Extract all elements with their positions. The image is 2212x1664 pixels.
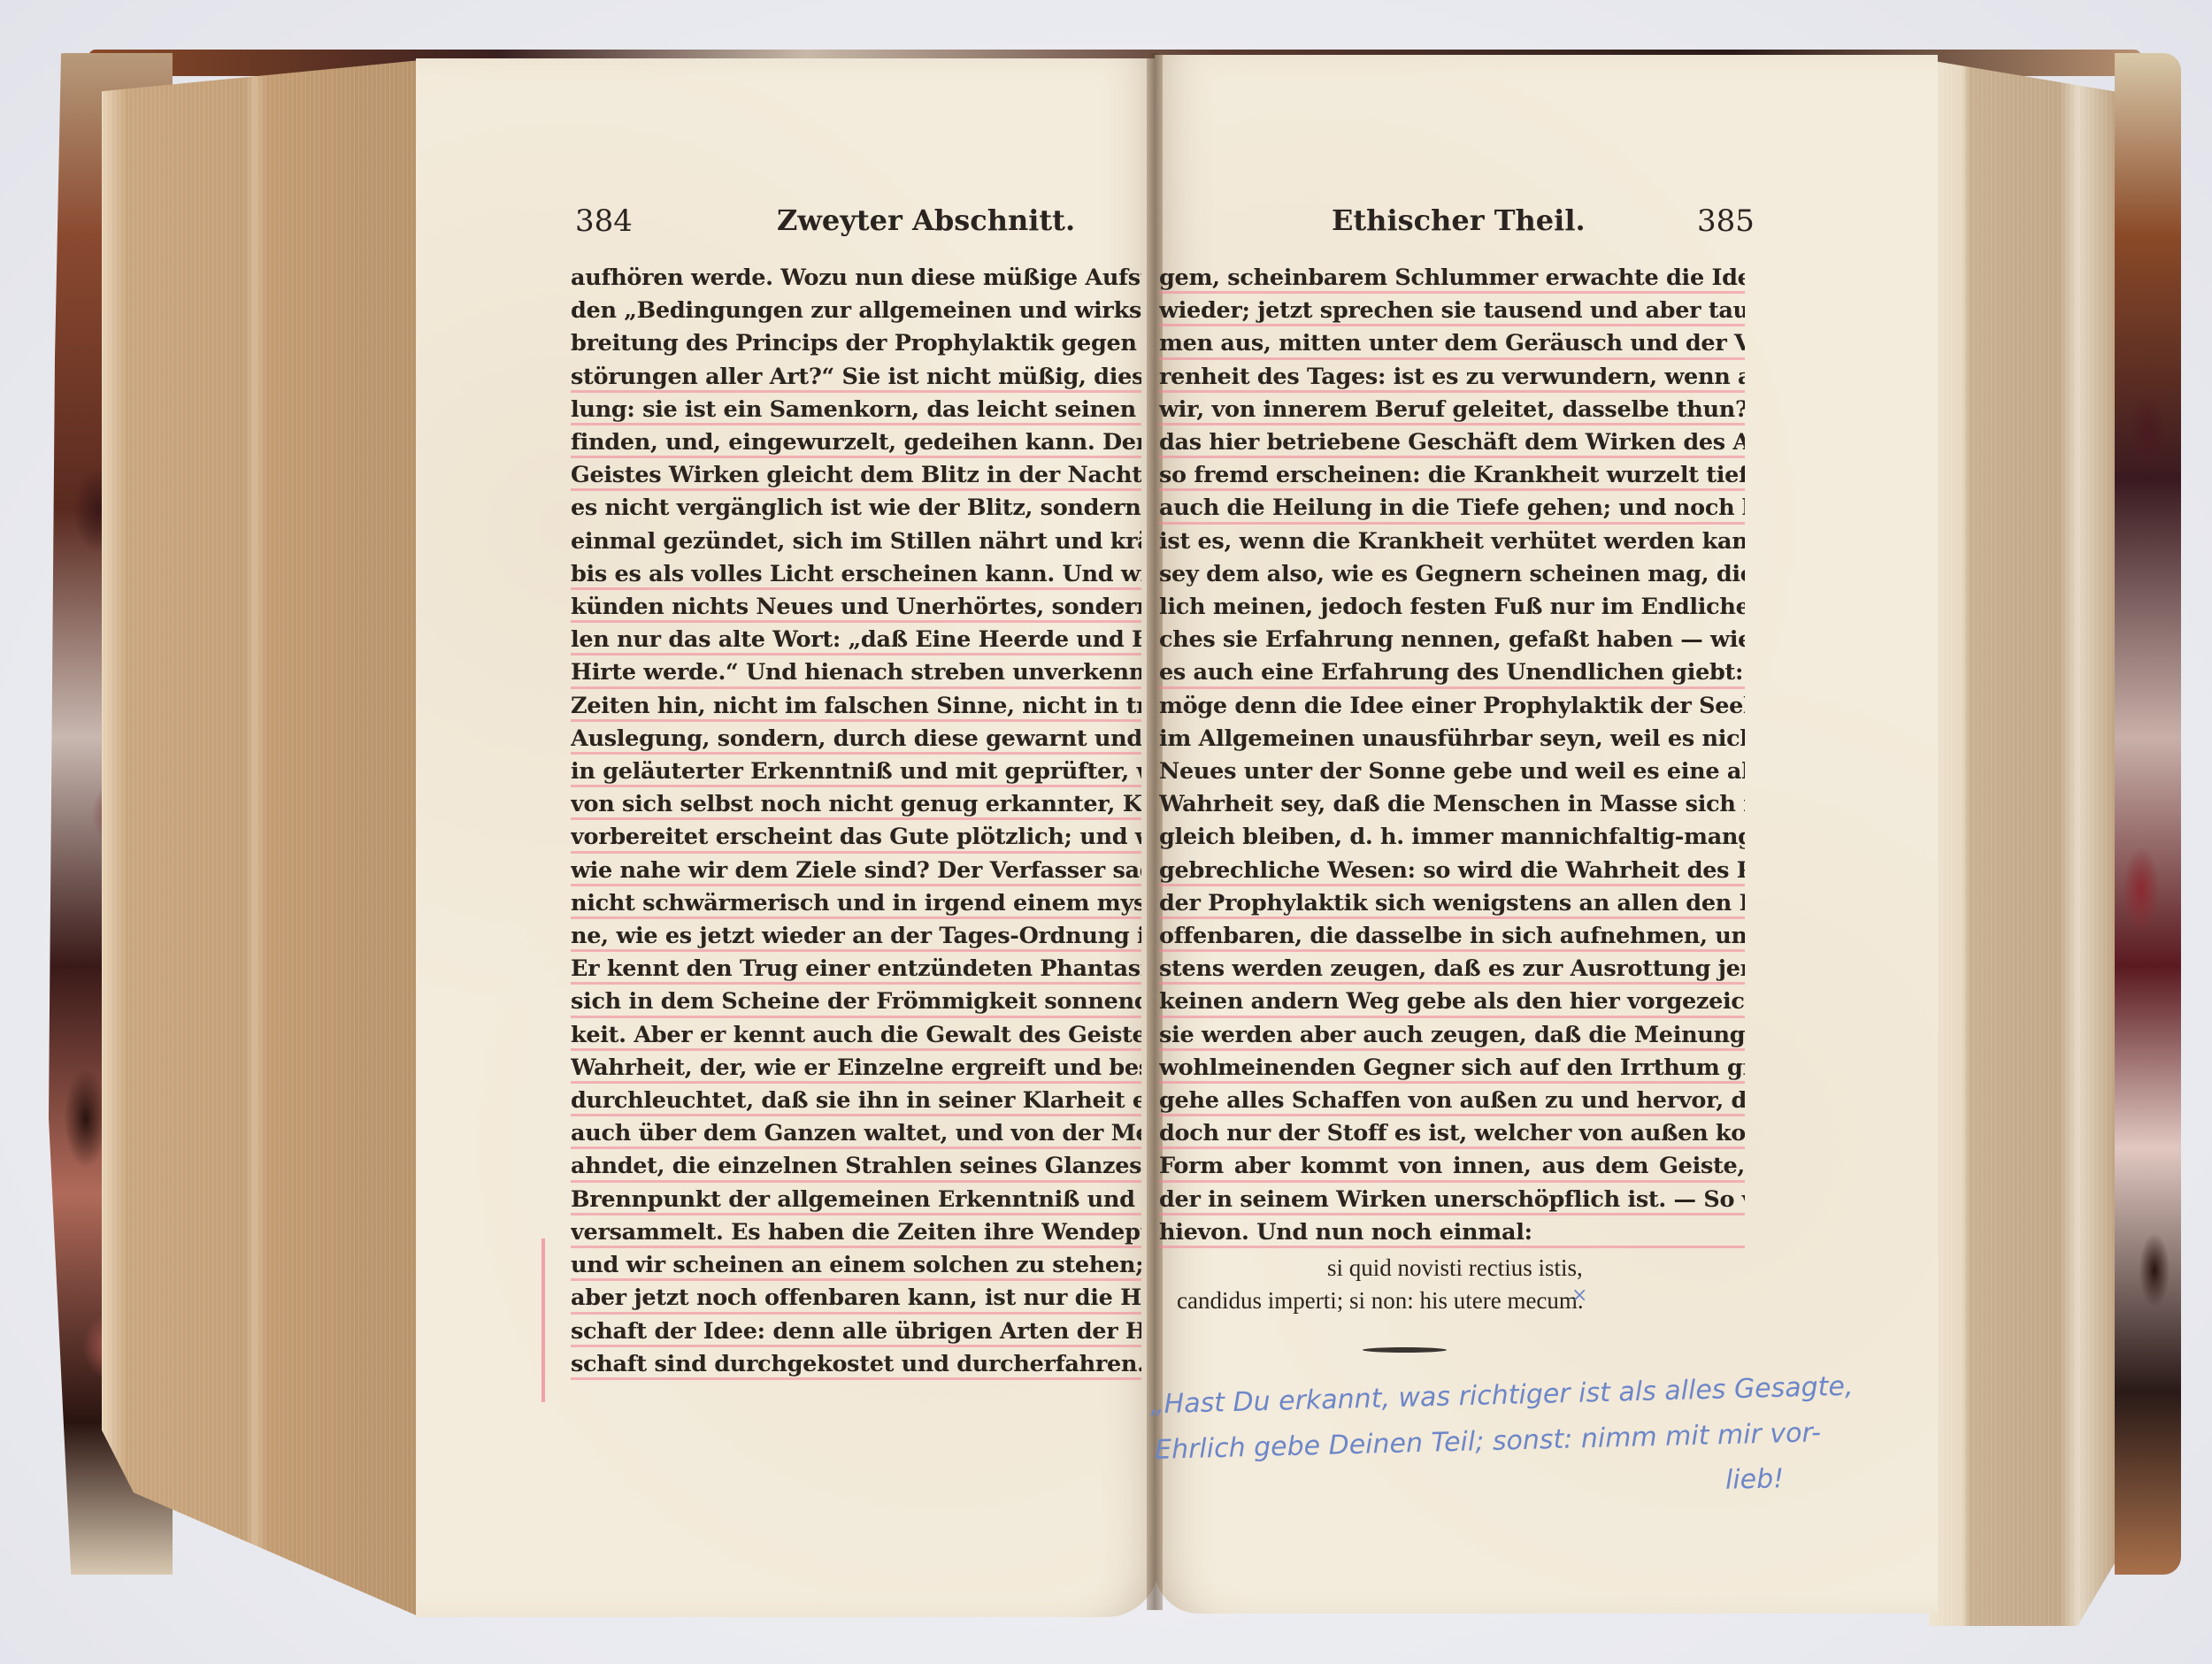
text-line: ahndet, die einzelnen Strahlen seines Gl… [571, 1150, 1141, 1183]
text-line: Er kennt den Trug einer entzündeten Phan… [571, 953, 1141, 985]
marbled-cover-right [2115, 53, 2181, 1575]
text-line: aber jetzt noch offenbaren kann, ist nur… [571, 1282, 1141, 1315]
text-line: der in seinem Wirken unerschöpflich ist.… [1159, 1184, 1745, 1216]
text-line: stens werden zeugen, daß es zur Ausrottu… [1159, 953, 1745, 985]
text-line: gehe alles Schaffen von außen zu und her… [1159, 1085, 1745, 1117]
text-line: len nur das alte Wort: „daß Eine Heerde … [571, 624, 1141, 656]
text-line: finden, und, eingewurzelt, gedeihen kann… [571, 426, 1141, 459]
text-line: auch die Heilung in die Tiefe gehen; und… [1159, 492, 1745, 525]
text-line: sey dem also, wie es Gegnern scheinen ma… [1159, 558, 1745, 591]
text-line: keit. Aber er kennt auch die Gewalt des … [571, 1019, 1141, 1052]
section-rule [1363, 1347, 1447, 1353]
text-line: das hier betriebene Geschäft dem Wirken … [1159, 426, 1745, 459]
text-line: der Prophylaktik sich wenigstens an alle… [1159, 887, 1745, 920]
text-line: versammelt. Es haben die Zeiten ihre Wen… [571, 1216, 1141, 1249]
text-line: Wahrheit sey, daß die Menschen in Masse … [1159, 788, 1745, 821]
text-line: in geläuterter Erkenntniß und mit geprüf… [571, 755, 1141, 788]
left-running-head: Zweyter Abschnitt. [777, 203, 1075, 237]
text-line: den „Bedingungen zur allgemeinen und wir… [571, 295, 1141, 327]
text-line: künden nichts Neues und Unerhörtes, sond… [571, 591, 1141, 624]
text-line: durchleuchtet, daß sie ihn in seiner Kla… [571, 1085, 1141, 1117]
text-line: gebrechliche Wesen: so wird die Wahrheit… [1159, 855, 1745, 887]
text-line: breitung des Princips der Prophylaktik g… [571, 327, 1141, 360]
text-line: schaft der Idee: denn alle übrigen Arten… [571, 1315, 1141, 1348]
left-page-number: 384 [575, 203, 633, 239]
text-line: wir, von innerem Beruf geleitet, dasselb… [1159, 394, 1745, 426]
text-line: Hirte werde.“ Und hienach streben unverk… [571, 656, 1141, 689]
text-line: Form aber kommt von innen, aus dem Geist… [1159, 1150, 1745, 1183]
text-line: von sich selbst noch nicht genug erkannt… [571, 788, 1141, 821]
text-line: es nicht vergänglich ist wie der Blitz, … [571, 492, 1141, 525]
text-line: sie werden aber auch zeugen, daß die Mei… [1159, 1019, 1745, 1052]
handwritten-note-line-3: lieb! [1725, 1463, 1785, 1496]
text-line: keinen andern Weg gebe als den hier vorg… [1159, 985, 1745, 1018]
text-line: gleich bleiben, d. h. immer mannichfalti… [1159, 821, 1745, 854]
pencil-margin-bracket [541, 1238, 545, 1402]
text-line: aufhören werde. Wozu nun diese müßige Au… [571, 262, 1141, 295]
right-running-head: Ethischer Theil. [1332, 203, 1586, 237]
latin-quote-line-1: si quid novisti rectius istis, [1327, 1254, 1583, 1282]
text-line: lung: sie ist ein Samenkorn, das leicht … [571, 394, 1141, 426]
right-page-text: gem, scheinbarem Schlummer erwachte die … [1159, 262, 1745, 1249]
text-line: schaft sind durchgekostet und durcherfah… [571, 1348, 1141, 1381]
page-stack-right [1929, 60, 2115, 1626]
text-line: auch über dem Ganzen waltet, und von der… [571, 1117, 1141, 1150]
text-line: und wir scheinen an einem solchen zu ste… [571, 1249, 1141, 1282]
text-line: renheit des Tages: ist es zu verwundern,… [1159, 361, 1745, 394]
text-line: ne, wie es jetzt wieder an der Tages-Ord… [571, 920, 1141, 953]
text-line: vorbereitet erscheint das Gute plötzlich… [571, 821, 1141, 854]
text-line: wieder; jetzt sprechen sie tausend und a… [1159, 295, 1745, 327]
text-line: störungen aller Art?“ Sie ist nicht müßi… [571, 361, 1141, 394]
text-line: men aus, mitten unter dem Geräusch und d… [1159, 327, 1745, 360]
right-page-number: 385 [1697, 203, 1755, 239]
text-line: Geistes Wirken gleicht dem Blitz in der … [571, 459, 1141, 492]
text-line: hievon. Und nun noch einmal: [1159, 1216, 1745, 1249]
left-page-text: aufhören werde. Wozu nun diese müßige Au… [571, 262, 1141, 1381]
text-line: wohlmeinenden Gegner sich auf den Irrthu… [1159, 1052, 1745, 1085]
text-line: doch nur der Stoff es ist, welcher von a… [1159, 1117, 1745, 1150]
text-line: möge denn die Idee einer Prophylaktik de… [1159, 690, 1745, 723]
latin-quote-line-2: candidus imperti; si non: his utere mecu… [1177, 1287, 1584, 1315]
text-line: einmal gezündet, sich im Stillen nährt u… [571, 525, 1141, 558]
text-line: bis es als volles Licht erscheinen kann.… [571, 558, 1141, 591]
text-line: im Allgemeinen unausführbar seyn, weil e… [1159, 723, 1745, 755]
text-line: Auslegung, sondern, durch diese gewarnt … [571, 723, 1141, 755]
text-line: Zeiten hin, nicht im falschen Sinne, nic… [571, 690, 1141, 723]
text-line: es auch eine Erfahrung des Unendlichen g… [1159, 656, 1745, 689]
text-line: Wahrheit, der, wie er Einzelne ergreift … [571, 1052, 1141, 1085]
text-line: so fremd erscheinen: die Krankheit wurze… [1159, 459, 1745, 492]
text-line: wie nahe wir dem Ziele sind? Der Verfass… [571, 855, 1141, 887]
text-line: gem, scheinbarem Schlummer erwachte die … [1159, 262, 1745, 295]
text-line: offenbaren, die dasselbe in sich aufnehm… [1159, 920, 1745, 953]
text-line: Neues unter der Sonne gebe und weil es e… [1159, 755, 1745, 788]
text-line: ches sie Erfahrung nennen, gefaßt haben … [1159, 624, 1745, 656]
margin-cross-mark: × [1571, 1284, 1587, 1307]
text-line: nicht schwärmerisch und in irgend einem … [571, 887, 1141, 920]
text-line: Brennpunkt der allgemeinen Erkenntniß un… [571, 1184, 1141, 1216]
text-line: lich meinen, jedoch festen Fuß nur im En… [1159, 591, 1745, 624]
text-line: ist es, wenn die Krankheit verhütet werd… [1159, 525, 1745, 558]
page-stack-left [102, 60, 420, 1617]
text-line: sich in dem Scheine der Frömmigkeit sonn… [571, 985, 1141, 1018]
